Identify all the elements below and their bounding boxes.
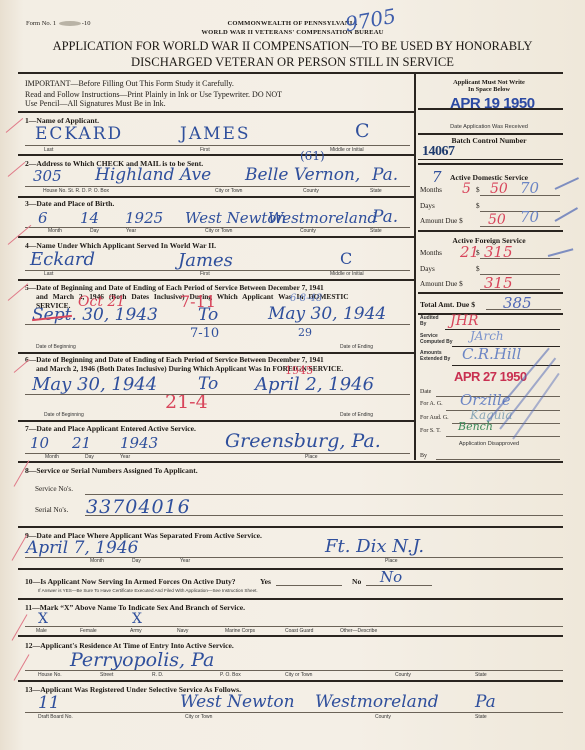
sublabel-day: Day	[85, 454, 94, 460]
domestic-months-red: 5	[462, 181, 471, 197]
divider	[18, 420, 414, 422]
foreign-months-label: Months	[420, 249, 442, 257]
entry-place[interactable]: Greensburg, Pa.	[225, 430, 381, 452]
section-7-label: 7—Date and Place Applicant Entered Activ…	[25, 424, 196, 433]
sublabel-city: City or Town	[205, 228, 232, 234]
header-divider	[18, 72, 563, 74]
underline	[25, 626, 563, 627]
domestic-end-correction: 29	[298, 326, 312, 339]
sublabel-state: State	[475, 714, 487, 720]
foreign-end-date[interactable]: April 2, 1946	[255, 374, 374, 395]
domestic-days-label: Days	[420, 202, 435, 210]
review-tick	[6, 118, 23, 133]
underline	[452, 365, 560, 366]
birth-day[interactable]: 14	[80, 209, 99, 227]
approved-date-stamp: APR 27 1950	[454, 369, 527, 384]
applicant-last-name[interactable]: ECKARD	[35, 124, 123, 144]
for-ag-label: For A. G.	[420, 401, 443, 407]
sublabel-month: Month	[48, 228, 62, 234]
option-other-describe[interactable]: Other—Describe	[340, 628, 377, 634]
divider	[18, 680, 563, 682]
divider	[418, 230, 563, 232]
sublabel-last: Last	[44, 147, 53, 153]
sublabel-city-or-town: City or Town	[285, 672, 312, 678]
address-house-no[interactable]: 305	[33, 167, 62, 185]
divider	[18, 526, 563, 528]
divider	[418, 133, 563, 135]
audited-signature: JHR	[450, 313, 478, 329]
instructions-line-3: Use Pencil—All Signatures Must Be in Ink…	[25, 99, 166, 108]
office-use-heading-2: In Space Below	[414, 86, 564, 93]
underline	[25, 145, 410, 146]
sublabel-draft-board: Draft Board No.	[38, 714, 73, 720]
x-mark: X	[132, 611, 142, 627]
sublabel-county: County	[395, 672, 411, 678]
underline	[366, 585, 432, 586]
sublabel-place: Place	[305, 454, 318, 460]
underline	[446, 436, 560, 437]
divider	[18, 154, 414, 156]
sublabel-year: Year	[180, 558, 190, 564]
agency-line-2: WORLD WAR II VETERANS' COMPENSATION BURE…	[0, 29, 585, 36]
x-mark: X	[38, 611, 48, 627]
underline	[480, 258, 560, 259]
by-label: By	[420, 453, 427, 459]
domestic-amount-blue: 70	[520, 208, 539, 226]
underline	[85, 515, 563, 516]
entry-year[interactable]: 1943	[120, 434, 158, 452]
option-female[interactable]: Female	[80, 628, 97, 634]
received-label: Date Application Was Received	[414, 124, 564, 130]
underline	[25, 186, 410, 187]
serial-no-label: Serial No's.	[35, 506, 68, 514]
check-mark	[555, 207, 579, 222]
section-6-label-1: 6—Date of Beginning and Date of Ending o…	[25, 355, 324, 364]
separation-date[interactable]: April 7, 1946	[26, 538, 138, 558]
option-male[interactable]: Male	[36, 628, 47, 634]
instructions-line-2: Read and Follow Instructions—Print Plain…	[25, 90, 282, 99]
application-form: Form No. 1 -10 COMMONWEALTH OF PENNSYLVA…	[0, 0, 585, 750]
divider	[18, 352, 414, 354]
underline	[25, 670, 563, 671]
domestic-end-date[interactable]: May 30, 1944	[268, 304, 386, 324]
dollar-sign: $	[476, 186, 480, 194]
office-use-heading: Applicant Must Not Write In Space Below	[414, 79, 564, 93]
sublabel-state: State	[370, 228, 382, 234]
divider	[18, 236, 414, 238]
sublabel-county: County	[375, 714, 391, 720]
underline	[25, 394, 410, 395]
applicant-middle-initial[interactable]: C	[355, 120, 370, 142]
for-st-label: For S. T.	[420, 428, 441, 434]
sublabel-middle: Middle or Initial	[330, 147, 364, 153]
sublabel-city: City or Town	[215, 188, 242, 194]
divider	[418, 292, 563, 294]
sublabel-year: Year	[120, 454, 130, 460]
entry-month[interactable]: 10	[30, 434, 49, 452]
yes-field[interactable]	[276, 585, 342, 586]
domestic-to: To	[198, 305, 218, 325]
entry-day[interactable]: 21	[72, 434, 91, 452]
foreign-amount-label: Amount Due $	[420, 280, 463, 288]
extended-signature: C.R.Hill	[462, 345, 521, 363]
domestic-months-value: 7	[432, 168, 442, 186]
domestic-amount-label: Amount Due $	[420, 217, 463, 225]
sublabel-place: Place	[385, 558, 398, 564]
draft-county[interactable]: Westmoreland	[315, 692, 439, 712]
disapproved-label: Application Disapproved	[414, 441, 564, 447]
sublabel-first: First	[200, 271, 210, 277]
foreign-end-correction: 1945	[285, 364, 313, 377]
underline	[85, 494, 563, 495]
foreign-days-label: Days	[420, 265, 435, 273]
review-tick	[14, 654, 30, 680]
for-aud-label: For Aud. G.	[420, 415, 449, 421]
review-tick	[8, 162, 25, 177]
option-coast-guard[interactable]: Coast Guard	[285, 628, 313, 634]
birth-county[interactable]: Westmoreland	[268, 209, 377, 227]
foreign-begin-date[interactable]: May 30, 1944	[32, 374, 157, 395]
sublabel-date-end: Date of Ending	[340, 412, 373, 418]
sublabel-county: County	[303, 188, 319, 194]
received-date-stamp: APR 19 1950	[450, 95, 535, 112]
amounts-extended-label: Amounts Extended By	[420, 351, 454, 362]
sublabel-first: First	[200, 147, 210, 153]
underline	[480, 289, 560, 290]
separation-place[interactable]: Ft. Dix N.J.	[325, 536, 424, 557]
divider	[418, 163, 563, 165]
review-tick	[8, 283, 29, 300]
divider	[418, 313, 563, 315]
divider	[18, 635, 563, 637]
underline	[436, 459, 560, 460]
sublabel-street: Street	[100, 672, 113, 678]
date-label: Date	[420, 389, 431, 395]
section-3-label: 3—Date and Place of Birth.	[25, 199, 114, 208]
option-army[interactable]: Army	[130, 628, 142, 634]
sublabel-day: Day	[132, 558, 141, 564]
form-title-line-2: DISCHARGED VETERAN OR PERSON STILL IN SE…	[0, 55, 585, 70]
underline	[480, 226, 560, 227]
no-label: No	[352, 577, 361, 586]
sublabel-r-d-: R. D.	[152, 672, 163, 678]
form-title-line-1: APPLICATION FOR WORLD WAR II COMPENSATIO…	[0, 39, 585, 54]
sublabel-county: County	[300, 228, 316, 234]
sublabel-month: Month	[45, 454, 59, 460]
domestic-months-label: Months	[420, 186, 442, 194]
no-value[interactable]: No	[380, 568, 402, 586]
sublabel-state: State	[370, 188, 382, 194]
underline	[486, 309, 561, 310]
underline	[25, 453, 410, 454]
divider	[18, 196, 414, 198]
divider	[18, 568, 563, 570]
dollar-sign: $	[476, 249, 480, 257]
sublabel-middle: Middle or Initial	[330, 271, 364, 277]
total-amount-label: Total Amt. Due $	[420, 300, 475, 309]
sublabel-date-begin: Date of Beginning	[36, 344, 76, 350]
domestic-blue-note: 7-10	[190, 326, 219, 341]
address-street[interactable]: Highland Ave	[95, 165, 211, 185]
office-column-divider	[414, 72, 416, 460]
agency-line-1: COMMONWEALTH OF PENNSYLVANIA	[0, 20, 585, 27]
sublabel-house: House No. St. R. D. P. O. Box	[43, 188, 109, 194]
sublabel-house-no-: House No.	[38, 672, 62, 678]
birth-year[interactable]: 1925	[125, 209, 163, 227]
address-annotation: (61)	[300, 149, 325, 163]
dollar-sign: $	[476, 202, 480, 210]
service-last-name[interactable]: Eckard	[30, 249, 95, 270]
section-5-label-1: 5—Date of Beginning and Date of Ending o…	[25, 283, 324, 292]
sublabel-year: Year	[126, 228, 136, 234]
address-state[interactable]: Pa.	[372, 165, 398, 185]
service-computed-label: Service Computed By	[420, 334, 454, 345]
check-mark	[548, 248, 574, 257]
divider	[18, 461, 563, 463]
sublabel-last: Last	[44, 271, 53, 277]
batch-number: 14067	[422, 144, 455, 160]
computed-signature: JArch	[470, 329, 504, 343]
draft-city[interactable]: West Newton	[180, 692, 295, 712]
divider	[18, 598, 563, 600]
domestic-top-note: 6-8-48	[290, 293, 322, 304]
option-marine-corps[interactable]: Marine Corps	[225, 628, 255, 634]
draft-board-no[interactable]: 11	[38, 693, 60, 713]
for-st-signature: Bench	[458, 420, 493, 433]
sublabel-city: City or Town	[185, 714, 212, 720]
sublabel-date-end: Date of Ending	[340, 344, 373, 350]
sublabel-day: Day	[90, 228, 99, 234]
service-middle-initial[interactable]: C	[340, 249, 352, 268]
service-no-label: Service No's.	[35, 485, 73, 493]
divider	[418, 159, 563, 160]
sublabel-p-o-box: P. O. Box	[220, 672, 241, 678]
domestic-begin-date[interactable]: Sept. 30, 1943	[32, 305, 158, 325]
birth-month[interactable]: 6	[38, 209, 48, 227]
option-navy[interactable]: Navy	[177, 628, 188, 634]
underline	[25, 712, 563, 713]
address-city[interactable]: Belle Vernon,	[245, 165, 360, 185]
applicant-first-name[interactable]: JAMES	[180, 124, 251, 144]
underline	[480, 195, 560, 196]
office-use-heading-1: Applicant Must Not Write	[414, 79, 564, 86]
underline	[25, 324, 410, 325]
divider	[18, 111, 414, 113]
instructions-line-1: IMPORTANT—Before Filling Out This Form S…	[25, 79, 234, 88]
sublabel-date-begin: Date of Beginning	[44, 412, 84, 418]
underline	[25, 557, 563, 558]
section-8-label: 8—Service or Serial Numbers Assigned To …	[25, 466, 198, 475]
draft-state[interactable]: Pa	[475, 692, 496, 712]
dollar-sign: $	[476, 265, 480, 273]
sublabel-state: State	[475, 672, 487, 678]
section-10-note: If Answer is YES—Be Sure To Have Certifi…	[38, 588, 258, 593]
birth-state[interactable]: Pa.	[372, 207, 398, 227]
residence-value[interactable]: Perryopolis, Pa	[70, 649, 214, 671]
divider	[18, 279, 414, 281]
review-tick	[14, 359, 30, 373]
sublabel-month: Month	[90, 558, 104, 564]
audited-by-label: Audited By	[420, 316, 442, 327]
section-10-label: 10—Is Applicant Now Serving In Armed For…	[25, 577, 236, 586]
service-first-name[interactable]: James	[178, 250, 233, 271]
yes-label: Yes	[260, 577, 271, 586]
